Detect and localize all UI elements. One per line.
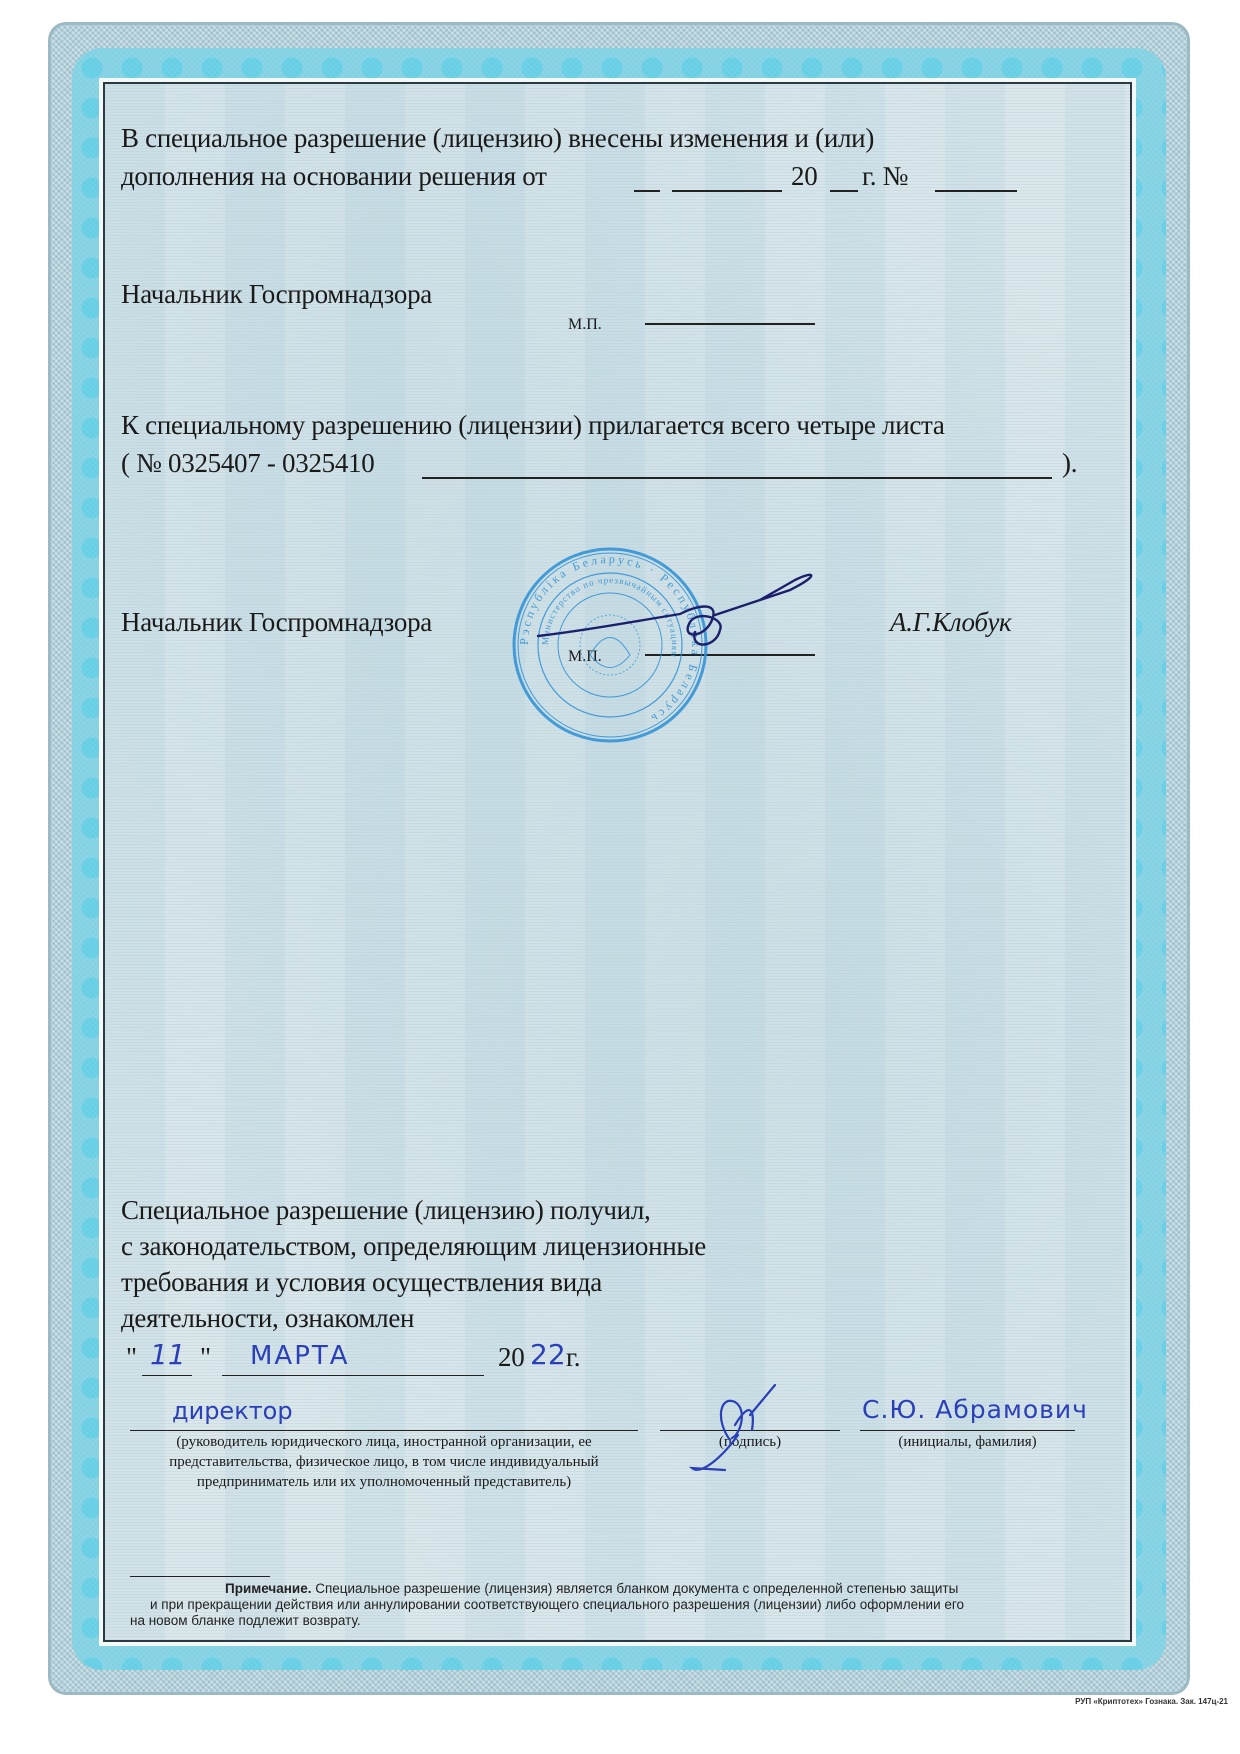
name-caption: (инициалы, фамилия) <box>860 1434 1075 1451</box>
month-underline <box>222 1375 484 1376</box>
attachments-line-1: К специальному разрешению (лицензии) при… <box>121 408 945 442</box>
signature-blank-1 <box>645 323 815 325</box>
amendment-line-2: дополнения на основании решения от <box>121 159 547 193</box>
year-suffix: г. <box>566 1340 580 1374</box>
receipt-line-2: с законодательством, определяющим лиценз… <box>121 1229 706 1263</box>
quote-open: " <box>126 1340 137 1374</box>
receipt-line-1: Специальное разрешение (лицензию) получи… <box>121 1193 650 1227</box>
month-blank <box>672 190 782 192</box>
footnote-line-1: Примечание. Специальное разрешение (лице… <box>225 1581 958 1597</box>
day-handwritten: 11 <box>150 1338 186 1371</box>
year-handwritten: 22 <box>530 1338 566 1371</box>
recipient-signature <box>680 1380 800 1480</box>
position-handwritten: директор <box>172 1397 293 1425</box>
attachments-close: ). <box>1062 446 1077 480</box>
position-underline <box>130 1430 638 1431</box>
printer-mark: РУП «Криптотех» Гознака. Зак. 147ц-21 <box>1075 1697 1228 1706</box>
attachments-line-2: ( № 0325407 - 0325410 <box>121 446 374 480</box>
seal-label-1: М.П. <box>568 316 602 334</box>
head-name: А.Г.Клобук <box>890 605 1011 639</box>
month-handwritten: марта <box>250 1341 350 1371</box>
head-title-1: Начальник Госпромнадзора <box>121 277 432 311</box>
year-blank <box>830 190 858 192</box>
number-blank <box>935 190 1017 192</box>
attachments-underline <box>422 477 1052 479</box>
footnote-line-2: и при прекращении действия или аннулиров… <box>150 1597 964 1613</box>
amendment-line-1: В специальное разрешение (лицензию) внес… <box>121 121 874 155</box>
receipt-line-3: требования и условия осуществления вида <box>121 1265 602 1299</box>
day-blank <box>634 190 660 192</box>
receipt-line-4: деятельности, ознакомлен <box>121 1301 414 1335</box>
footnote-text-1: Специальное разрешение (лицензия) являет… <box>311 1581 958 1596</box>
position-caption-2: представительства, физическое лицо, в то… <box>130 1454 638 1471</box>
year-printed: 20 <box>498 1340 524 1374</box>
quote-close: " <box>200 1340 211 1374</box>
footnote-label: Примечание. <box>225 1581 311 1596</box>
footnote-rule <box>130 1576 270 1577</box>
name-handwritten: С.Ю. Абрамович <box>862 1395 1088 1424</box>
day-underline <box>142 1375 192 1376</box>
year-prefix: 20 <box>791 159 817 193</box>
position-caption-1: (руководитель юридического лица, иностра… <box>130 1434 638 1451</box>
head-title-2: Начальник Госпромнадзора <box>121 605 432 639</box>
head-signature <box>530 570 830 670</box>
name-underline <box>860 1430 1075 1431</box>
position-caption-3: предприниматель или их уполномоченный пр… <box>130 1474 638 1491</box>
number-label: г. № <box>862 159 908 193</box>
footnote-line-3: на новом бланке подлежит возврату. <box>130 1613 361 1629</box>
